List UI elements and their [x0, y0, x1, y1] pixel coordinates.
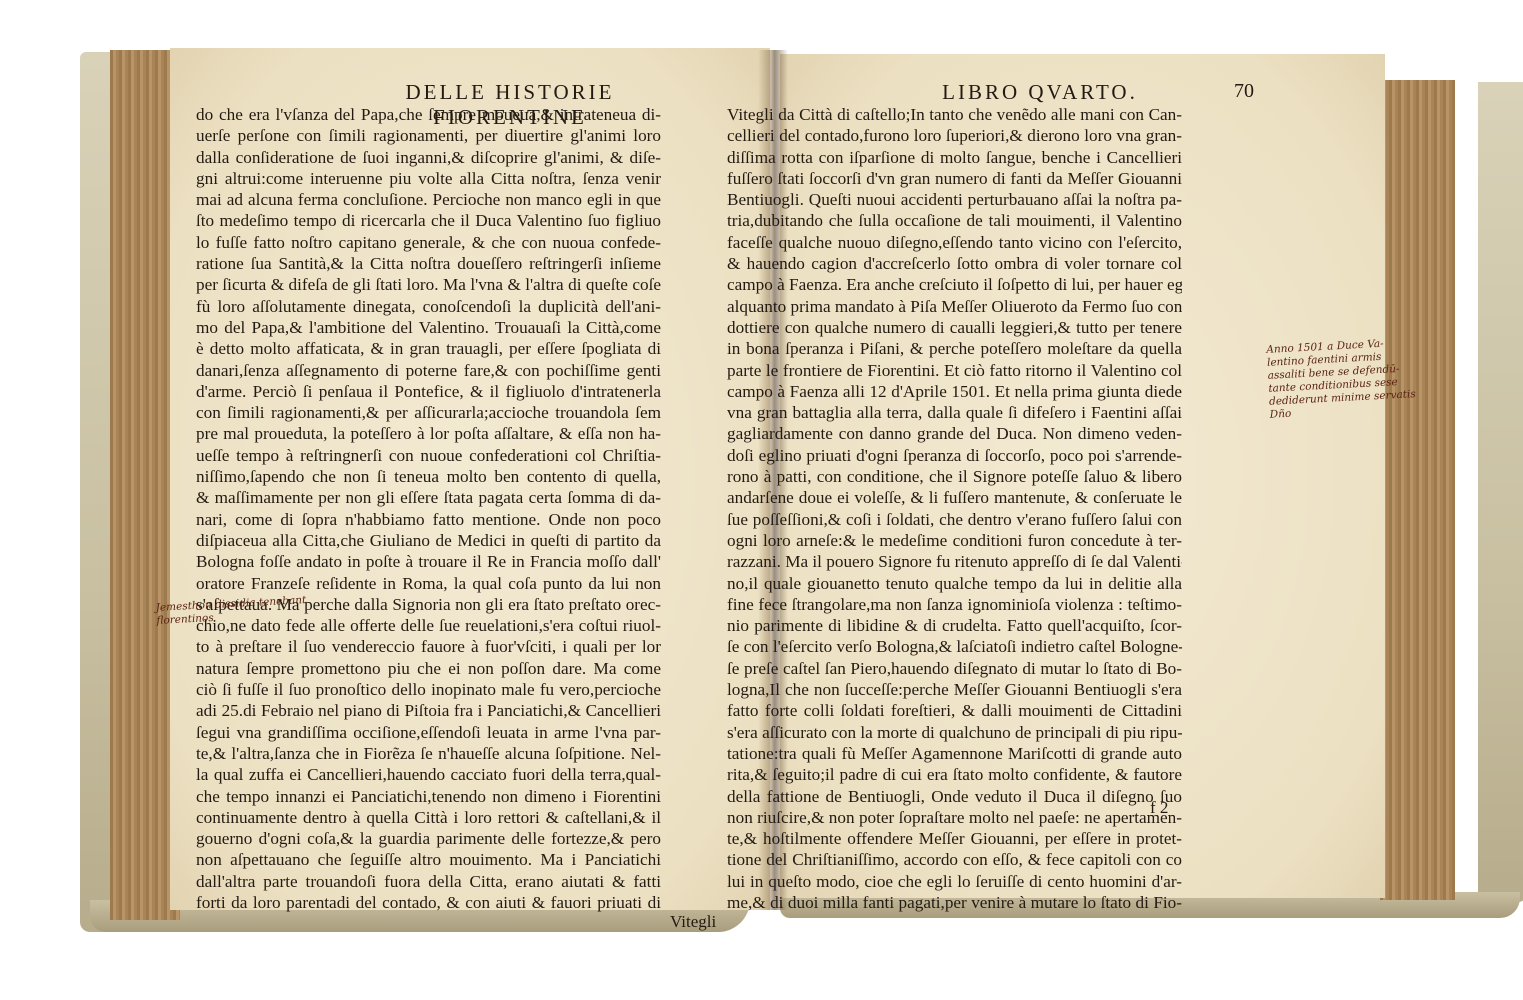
text-line: faceſſe qualche nuouo diſegno,eſſendo ta…: [727, 232, 1182, 253]
text-line: gouerno d'ogni coſa,& la guardia parimen…: [196, 828, 661, 849]
text-line: per ſicurta & difeſa de gli ſtati loro. …: [196, 274, 661, 295]
text-line: ciò ſi fuſſe il ſuo pronoſtico dello ino…: [196, 679, 661, 700]
text-line: d'arme. Perciò ſi penſaua il Pontefice, …: [196, 381, 661, 402]
text-line: con ſimili ragionamenti,& per aſſicurarl…: [196, 402, 661, 423]
text-line: dall'altra parte trouandoſi fuora della …: [196, 871, 661, 892]
text-line: parte le frontiere de Fiorentini. Et ciò…: [727, 360, 1182, 381]
text-line: diſſima rotta con iſparſione di molto ſa…: [727, 147, 1182, 168]
text-line: pre mal proueduta, la poteſſero à lor po…: [196, 423, 661, 444]
text-line: che tempo innanzi ei Panciatichi,tenendo…: [196, 786, 661, 807]
text-line: cellieri del contado,furono loro ſuperio…: [727, 125, 1182, 146]
text-line: & maſſimamente per non gli eſſere ſtata …: [196, 487, 661, 508]
text-line: vna gran battaglia alla terra, dalla qua…: [727, 402, 1182, 423]
text-line: te,& hoſtilmente offendere Meſſer Giouan…: [727, 828, 1182, 849]
text-line: della fattione de Bentiuogli, Onde vedut…: [727, 786, 1182, 807]
text-line: gagliardamente con danno grande del Duca…: [727, 423, 1182, 444]
right-running-head: LIBRO QVARTO.: [900, 80, 1180, 105]
text-line: & hauendo cagion d'accreſcerlo ſotto omb…: [727, 253, 1182, 274]
text-line: razzani. Ma il pouero Signore fu ritenut…: [727, 551, 1182, 572]
text-line: fù loro aſſolutamente dinegata, conoſcen…: [196, 296, 661, 317]
text-line: natura ſempre promettono piu che ei non …: [196, 658, 661, 679]
left-page-body: do che era l'vſanza del Papa,che ſempre …: [196, 104, 661, 913]
text-line: nari, come di ſopra n'habbiamo fatto men…: [196, 509, 661, 530]
text-line: Bologna foſſe andato in poſte à trouare …: [196, 551, 661, 572]
folio-number: 70: [1234, 80, 1254, 103]
text-line: Vitegli da Città di caſtello;In tanto ch…: [727, 104, 1182, 125]
text-line: fuſſero ſtati ſoccorſi d'vn gran numero …: [727, 168, 1182, 189]
text-line: adi 25.di Febraio nel piano di Piſtoia f…: [196, 700, 661, 721]
text-line: ſe preſe caſtel ſan Piero,hauendo diſegn…: [727, 658, 1182, 679]
text-line: rono à patti, con conditione, che il Sig…: [727, 466, 1182, 487]
text-line: forti da loro parentadi del contado, & c…: [196, 892, 661, 913]
text-line: rita,& ſeguito;il padre di cui era ſtato…: [727, 764, 1182, 785]
text-line: lui in queſto modo, cioe che egli lo ſer…: [727, 871, 1182, 892]
text-line: continuamente dentro à quella Città i lo…: [196, 807, 661, 828]
text-line: tione del Chriſtianiſſimo, accordo con e…: [727, 849, 1182, 870]
text-line: non riuſcire,& non poter ſopraſtare molt…: [727, 807, 1182, 828]
text-line: do che era l'vſanza del Papa,che ſempre …: [196, 104, 661, 125]
right-marginal-note: Anno 1501 a Duce Va- lentino faentini ar…: [1266, 336, 1417, 422]
text-line: in bona ſperanza i Piſani, & perche pote…: [727, 338, 1182, 359]
text-line: te,& l'altra,ſanza che in Fiorẽza ſe n'h…: [196, 743, 661, 764]
text-line: ſegui vna grandiſſima occiſione,eſſendoſ…: [196, 722, 661, 743]
text-line: me,& di duoi milla fanti pagati,per veni…: [727, 892, 1182, 913]
text-line: fatto forte colli ſoldati foreſtieri, & …: [727, 700, 1182, 721]
text-line: logna,Il che non ſucceſſe:perche Meſſer …: [727, 679, 1182, 700]
text-line: mo del Papa,& l'ambitione del Valentino.…: [196, 317, 661, 338]
text-line: niſſimo,ſapendo che non ſi teneua molto …: [196, 466, 661, 487]
text-line: ſto medeſimo tempo di ricercarla che il …: [196, 210, 661, 231]
left-catchword: Vitegli: [670, 912, 716, 932]
text-line: campo à Faenza. Era anche creſciuto il ſ…: [727, 274, 1182, 295]
text-line: danari,ſenza aſſegnamento di poterne far…: [196, 360, 661, 381]
text-line: diſpiaceua alla Citta,che Giuliano de Me…: [196, 530, 661, 551]
text-line: to à preſtare il ſuo vendereccio fauore …: [196, 636, 661, 657]
text-line: ratione ſua Santità,& la Citta noſtra do…: [196, 253, 661, 274]
text-line: ſe con l'eſercito verſo Bologna,& laſcia…: [727, 636, 1182, 657]
text-line: dalla conſideratione de ſuoi inganni,& d…: [196, 147, 661, 168]
text-line: ſue poſſeſſioni,& coſi i ſoldati, che de…: [727, 509, 1182, 530]
page-edges-right: [1380, 80, 1455, 900]
text-line: fine fece ſtrangolare,ma non ſanza ignom…: [727, 594, 1182, 615]
text-line: ueſſe tempo à reſtringnerſi con nuoue co…: [196, 445, 661, 466]
text-line: mai ad alcuna ferma concluſione. Percioc…: [196, 189, 661, 210]
text-line: ogni loro arneſe:& le medeſime condition…: [727, 530, 1182, 551]
text-line: tatione:tra quali fù Meſſer Agamennone M…: [727, 743, 1182, 764]
signature-mark: f 2: [1150, 798, 1168, 818]
text-line: uerſe perſone con ſimili ragionamenti, p…: [196, 125, 661, 146]
text-line: alquanto prima mandato à Piſa Meſſer Oli…: [727, 296, 1182, 317]
text-line: la qual zuffa ei Cancellieri,hauendo cac…: [196, 764, 661, 785]
right-page-body: Vitegli da Città di caſtello;In tanto ch…: [727, 104, 1182, 913]
text-line: Bentiuogli. Queſti nuoui accidenti pertu…: [727, 189, 1182, 210]
text-line: oratore Franzeſe reſidente in Roma, la q…: [196, 573, 661, 594]
text-line: lo fuſſe fatto noſtro capitano generale,…: [196, 232, 661, 253]
text-line: no,il quale giouanetto tenuto qualche te…: [727, 573, 1182, 594]
text-line: nio parimente di libidine & di crudelta.…: [727, 615, 1182, 636]
vellum-cover-right: [1478, 82, 1523, 902]
text-line: doſi eglino priuati d'ogni ſperanza di ſ…: [727, 445, 1182, 466]
text-line: non aſpettauano che ſeguiſſe altro mouim…: [196, 849, 661, 870]
text-line: dottiere con qualche numero di caualli l…: [727, 317, 1182, 338]
text-line: è detto molto affaticata, & in gran trau…: [196, 338, 661, 359]
text-line: s'era aſſicurato con la morte di qualchu…: [727, 722, 1182, 743]
text-line: campo à Faenza alli 12 d'Aprile 1501. Et…: [727, 381, 1182, 402]
text-line: tria,dubitando che ſulla occaſione de ta…: [727, 210, 1182, 231]
text-line: andarſene doue ei voleſſe, & li fuſſero …: [727, 487, 1182, 508]
text-line: gni altrui:come interuenne piu volte all…: [196, 168, 661, 189]
